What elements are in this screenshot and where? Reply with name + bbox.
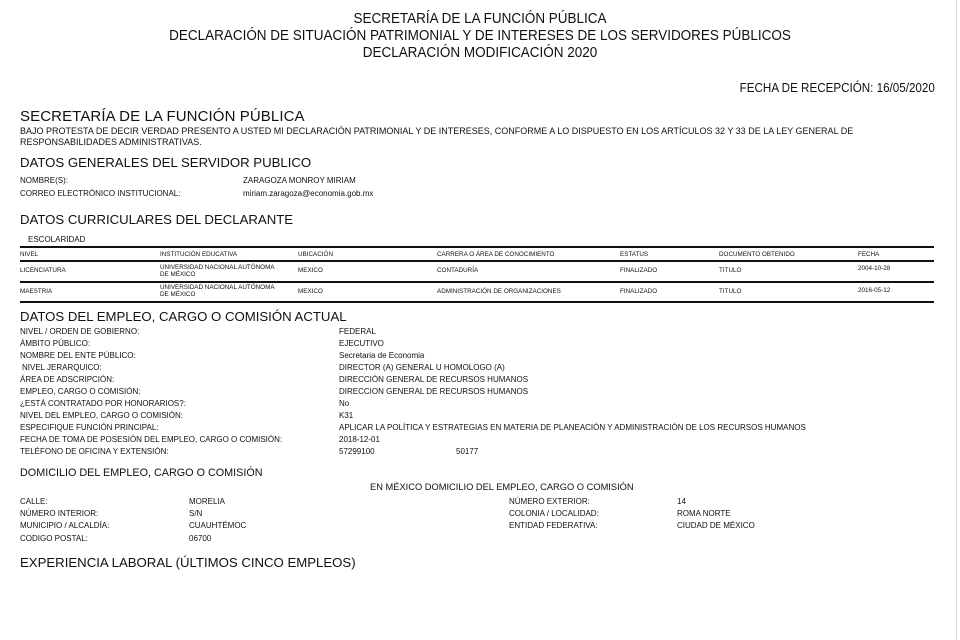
section-domicilio-title: DOMICILIO DEL EMPLEO, CARGO O COMISIÓN (20, 467, 263, 479)
row2-ubicacion: MEXICO (298, 288, 323, 296)
field-label-correo: CORREO ELECTRÓNICO INSTITUCIONAL: (20, 189, 180, 199)
label-nivel-jerarquico: NIVEL JERARQUICO: (22, 363, 102, 373)
label-colonia: COLONIA / LOCALIDAD: (509, 509, 599, 519)
value-area-adscripcion: DIRECCIÓN GENERAL DE RECURSOS HUMANOS (339, 375, 528, 385)
header-declaration-type: DECLARACIÓN MODIFICACIÓN 2020 (34, 45, 927, 62)
row2-institucion-line2: DE MÉXICO (160, 291, 195, 299)
col-header-documento: DOCUMENTO OBTENIDO (719, 251, 795, 259)
value-entidad-federativa: CIUDAD DE MÉXICO (677, 521, 755, 531)
value-nivel-orden: FEDERAL (339, 327, 376, 337)
row1-estatus: FINALIZADO (620, 267, 657, 275)
col-header-nivel: NIVEL (20, 251, 38, 259)
escolaridad-subtitle: ESCOLARIDAD (28, 235, 85, 244)
col-header-carrera: CARRERA O ÁREA DE CONOCIMIENTO (437, 251, 554, 259)
intro-title: SECRETARÍA DE LA FUNCIÓN PÚBLICA (20, 108, 305, 125)
label-fecha-posesion: FECHA DE TOMA DE POSESIÓN DEL EMPLEO, CA… (20, 435, 282, 445)
label-codigo-postal: CODIGO POSTAL: (20, 534, 88, 544)
declaration-document: SECRETARÍA DE LA FUNCIÓN PÚBLICA DECLARA… (0, 0, 960, 640)
value-funcion-principal: APLICAR LA POLÍTICA Y ESTRATEGIAS EN MAT… (339, 423, 806, 433)
col-header-ubicacion: UBICACIÓN (298, 251, 333, 259)
table-rule-row1 (20, 281, 934, 283)
section-empleo-title: DATOS DEL EMPLEO, CARGO O COMISIÓN ACTUA… (20, 309, 347, 324)
row2-nivel: MAESTRIA (20, 288, 52, 296)
label-numero-exterior: NÚMERO EXTERIOR: (509, 497, 590, 507)
value-ambito: EJECUTIVO (339, 339, 384, 349)
value-fecha-posesion: 2018-12-01 (339, 435, 380, 445)
value-numero-interior: S/N (189, 509, 202, 519)
label-calle: CALLE: (20, 497, 48, 507)
value-extension: 50177 (456, 447, 478, 457)
label-funcion-principal: ESPECIFIQUE FUNCIÓN PRINCIPAL: (20, 423, 159, 433)
row1-ubicacion: MEXICO (298, 267, 323, 275)
col-header-fecha: FECHA (858, 251, 879, 259)
label-area-adscripcion: ÁREA DE ADSCRIPCIÓN: (20, 375, 114, 385)
row1-carrera: CONTADURÍA (437, 267, 478, 275)
value-municipio: CUAUHTÉMOC (189, 521, 246, 531)
domicilio-subtitle: EN MÉXICO DOMICILIO DEL EMPLEO, CARGO O … (370, 482, 634, 492)
label-empleo-cargo: EMPLEO, CARGO O COMISIÓN: (20, 387, 140, 397)
value-nivel-jerarquico: DIRECTOR (A) GENERAL U HOMOLOGO (A) (339, 363, 505, 373)
value-colonia: ROMA NORTE (677, 509, 731, 519)
label-nivel-orden: NIVEL / ORDEN DE GOBIERNO: (20, 327, 139, 337)
label-honorarios: ¿ESTÁ CONTRATADO POR HONORARIOS?: (20, 399, 186, 409)
row1-nivel: LICENCIATURA (20, 267, 66, 275)
page-edge-divider (956, 0, 957, 640)
row2-fecha: 2016-05-12 (858, 287, 890, 295)
col-header-institucion: INSTITUCIÓN EDUCATIVA (160, 251, 237, 259)
header-institution: SECRETARÍA DE LA FUNCIÓN PÚBLICA (34, 11, 927, 28)
label-nivel-empleo: NIVEL DEL EMPLEO, CARGO O COMISIÓN: (20, 411, 183, 421)
row2-estatus: FINALIZADO (620, 288, 657, 296)
label-ente-publico: NOMBRE DEL ENTE PÚBLICO: (20, 351, 136, 361)
row1-fecha: 2004-10-28 (858, 265, 890, 273)
value-nivel-empleo: K31 (339, 411, 353, 421)
value-empleo-cargo: DIRECCION GENERAL DE RECURSOS HUMANOS (339, 387, 528, 397)
section-experiencia-title: EXPERIENCIA LABORAL (ÚLTIMOS CINCO EMPLE… (20, 555, 356, 570)
label-numero-interior: NÚMERO INTERIOR: (20, 509, 98, 519)
value-ente-publico: Secretaria de Economia (339, 351, 424, 361)
field-label-nombre: NOMBRE(S): (20, 176, 68, 186)
table-rule-header (20, 260, 934, 262)
table-rule-top (20, 246, 934, 248)
value-telefono: 57299100 (339, 447, 375, 457)
reception-date: FECHA DE RECEPCIÓN: 16/05/2020 (740, 81, 935, 95)
value-honorarios: No (339, 399, 349, 409)
value-numero-exterior: 14 (677, 497, 686, 507)
header-declaration-title: DECLARACIÓN DE SITUACIÓN PATRIMONIAL Y D… (34, 28, 927, 45)
row1-documento: TITULO (719, 267, 741, 275)
row1-institucion-line2: DE MÉXICO (160, 271, 195, 279)
value-codigo-postal: 06700 (189, 534, 211, 544)
label-entidad-federativa: ENTIDAD FEDERATIVA: (509, 521, 598, 531)
section-datos-generales-title: DATOS GENERALES DEL SERVIDOR PUBLICO (20, 155, 311, 170)
label-ambito: ÁMBITO PÚBLICO: (20, 339, 90, 349)
section-curriculares-title: DATOS CURRICULARES DEL DECLARANTE (20, 212, 293, 227)
label-municipio: MUNICIPIO / ALCALDÍA: (20, 521, 109, 531)
table-rule-bottom (20, 301, 934, 303)
field-value-correo: miriam.zaragoza@economia.gob.mx (243, 189, 373, 199)
col-header-estatus: ESTATUS (620, 251, 648, 259)
row2-carrera: ADMINISTRACIÓN DE ORGANIZACIONES (437, 288, 561, 296)
label-telefono: TELÉFONO DE OFICINA Y EXTENSIÓN: (20, 447, 169, 457)
row2-documento: TITULO (719, 288, 741, 296)
field-value-nombre: ZARAGOZA MONROY MIRIAM (243, 176, 356, 186)
intro-statement: BAJO PROTESTA DE DECIR VERDAD PRESENTO A… (20, 126, 940, 147)
value-calle: MORELIA (189, 497, 225, 507)
